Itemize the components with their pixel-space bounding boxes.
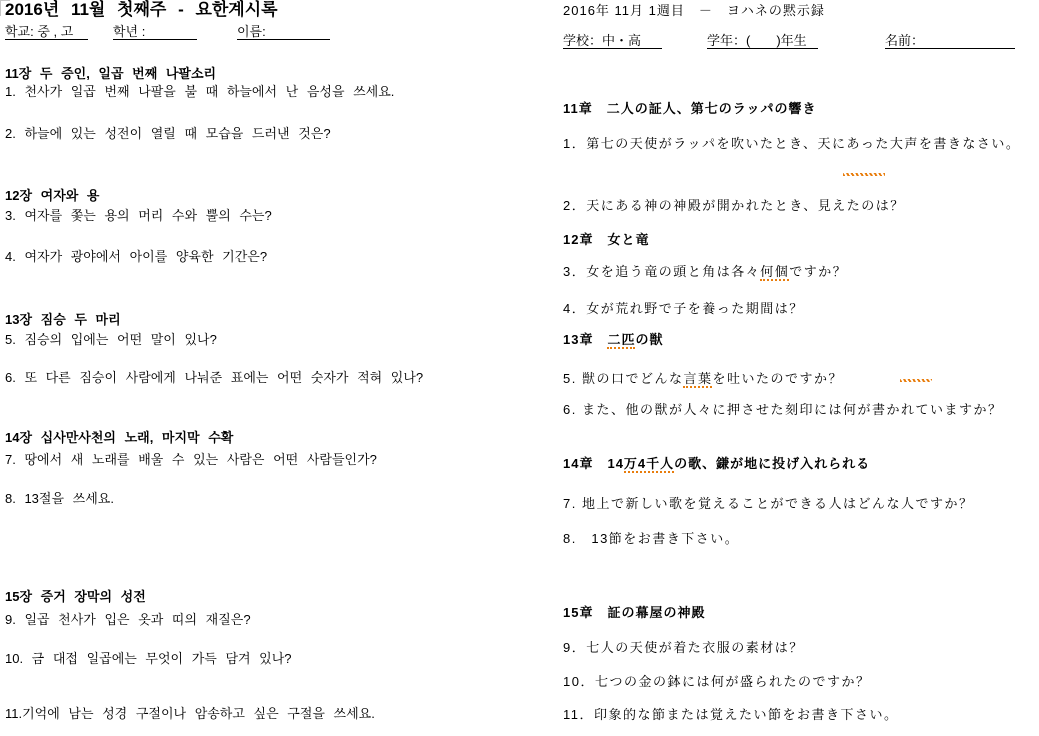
question-jp-3-text: 3．女を追う竜の頭と角は各々 — [563, 264, 760, 279]
question-jp-9: 9．七人の天使が着た衣服の素材は？ — [563, 640, 804, 656]
heading-jp-ch13-text: 13章 — [563, 332, 607, 347]
section-heading-jp-ch15: 15章 証の幕屋の神殿 — [563, 605, 705, 621]
question-ko-3: 3. 여자를 쫓는 용의 머리 수와 뿔의 수는? — [5, 208, 272, 224]
question-jp-3-text-after: ですか？ — [789, 264, 847, 279]
section-heading-jp-ch11: 11章 二人の証人、第七のラッパの響き — [563, 101, 816, 117]
question-ko-1: 1. 천사가 일곱 번째 나팔을 불 때 하늘에서 난 음성을 쓰세요. — [5, 84, 394, 100]
question-jp-1: 1．第七の天使がラッパを吹いたとき、天にあった大声を書きなさい。 — [563, 136, 1020, 152]
question-jp-5: 5. 獣の口でどんな言葉を吐いたのですか？ — [563, 371, 843, 387]
question-jp-7: 7. 地上で新しい歌を覚えることができる人はどんな人ですか？ — [563, 496, 973, 512]
spellcheck-marked-word: 二匹 — [607, 332, 635, 349]
question-jp-6: 6. また、他の獣が人々に押させた刻印には何が書かれていますか？ — [563, 402, 1002, 418]
heading-jp-ch14-text: 14章 14 — [563, 456, 624, 471]
section-heading-ko-ch14: 14장 십사만사천의 노래, 마지막 수확 — [5, 430, 233, 446]
grade-field-ko: 학년 : — [113, 24, 197, 40]
question-ko-6: 6. 또 다른 짐승이 사람에게 나눠준 표에는 어떤 숫자가 적혀 있나? — [5, 370, 423, 386]
heading-jp-ch14-text-after: の歌、鎌が地に投げ入れられる — [674, 456, 870, 471]
name-field-ko: 이름: — [237, 24, 330, 40]
spellcheck-marked-word: 何個 — [760, 264, 789, 281]
section-heading-ko-ch15: 15장 증거 장막의 성전 — [5, 589, 146, 605]
question-jp-4: 4．女が荒れ野で子を養った期間は？ — [563, 301, 804, 317]
question-jp-5-text: 5. 獣の口でどんな — [563, 371, 683, 386]
section-heading-ko-ch11: 11장 두 증인, 일곱 번째 나팔소리 — [5, 66, 216, 82]
heading-jp-ch13-text-after: の獣 — [635, 332, 663, 347]
worksheet-title-jp: 2016年 11月 1週目 － ヨハネの黙示録 — [563, 3, 825, 19]
question-jp-8: 8. 13節をお書き下さい。 — [563, 531, 739, 547]
question-jp-10: 10．七つの金の鉢には何が盛られたのですか？ — [563, 674, 870, 690]
school-field-ko: 학교: 중 , 고 — [5, 24, 88, 40]
question-jp-2: 2．天にある神の神殿が開かれたとき、見えたのは？ — [563, 198, 905, 214]
spellcheck-marked-word: 言葉 — [683, 371, 712, 388]
section-heading-ko-ch13: 13장 짐승 두 마리 — [5, 312, 121, 328]
question-ko-11: 11.기억에 남는 성경 구절이나 암송하고 싶은 구절을 쓰세요. — [5, 706, 375, 722]
question-ko-7: 7. 땅에서 새 노래를 배울 수 있는 사람은 어떤 사람들인가? — [5, 452, 377, 468]
question-ko-8: 8. 13절을 쓰세요. — [5, 491, 114, 507]
section-heading-jp-ch14: 14章 14万4千人の歌、鎌が地に投げ入れられる — [563, 456, 870, 472]
question-jp-5-text-after: を吐いたのですか？ — [712, 371, 843, 386]
question-jp-3: 3．女を追う竜の頭と角は各々何個ですか？ — [563, 264, 847, 280]
question-ko-9: 9. 일곱 천사가 입은 옷과 띠의 재질은? — [5, 612, 251, 628]
question-ko-2: 2. 하늘에 있는 성전이 열릴 때 모습을 드러낸 것은? — [5, 126, 331, 142]
question-ko-5: 5. 짐승의 입에는 어떤 말이 있나? — [5, 332, 217, 348]
spellcheck-marked-word: 万4千人 — [624, 456, 674, 473]
name-field-jp: 名前： — [885, 33, 1015, 49]
worksheet-title-ko: 2016년 11월 첫째주 - 요한계시록 — [5, 2, 278, 18]
grade-field-jp: 学年：( )年生 — [707, 33, 818, 49]
question-ko-4: 4. 여자가 광야에서 아이를 양육한 기간은? — [5, 249, 267, 265]
worksheet-page: 2016년 11월 첫째주 - 요한계시록 학교: 중 , 고 학년 : 이름:… — [0, 0, 1039, 736]
section-heading-ko-ch12: 12장 여자와 용 — [5, 188, 99, 204]
spellcheck-squiggle — [900, 379, 932, 382]
question-jp-11: 11．印象的な節または覚えたい節をお書き下さい。 — [563, 707, 899, 723]
section-heading-jp-ch13: 13章 二匹の獣 — [563, 332, 664, 348]
question-ko-10: 10. 금 대접 일곱에는 무엇이 가득 담겨 있나? — [5, 651, 292, 667]
section-heading-jp-ch12: 12章 女と竜 — [563, 232, 649, 248]
school-field-jp: 学校：中・高 — [563, 33, 662, 49]
spellcheck-squiggle — [843, 173, 885, 176]
